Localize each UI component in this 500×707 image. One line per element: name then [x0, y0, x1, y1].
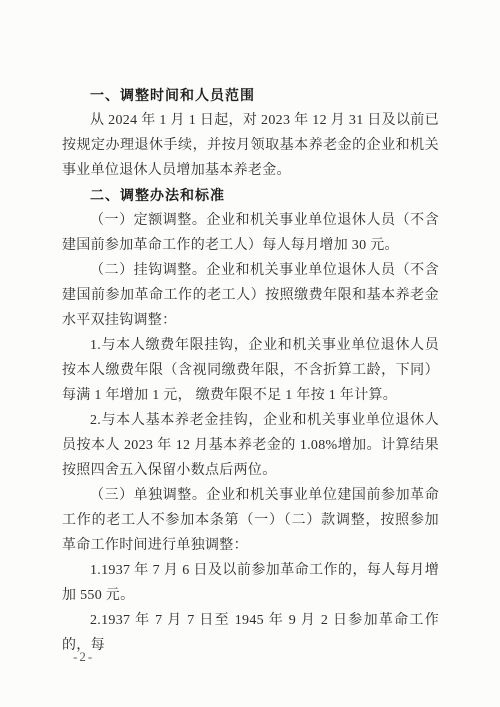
section-heading: 二、调整办法和标准 [62, 183, 439, 208]
paragraph: 1.1937 年 7 月 6 日及以前参加革命工作的，每人每月增加 550 元。 [62, 558, 439, 608]
section-heading: 一、调整时间和人员范围 [62, 83, 439, 108]
paragraph: 1.与本人缴费年限挂钩，企业和机关事业单位退休人员按本人缴费年限（含视同缴费年限… [62, 333, 439, 408]
document-body: 一、调整时间和人员范围从 2024 年 1 月 1 日起，对 2023 年 12… [62, 83, 439, 658]
page-number: -2- [73, 649, 94, 665]
document-page: 一、调整时间和人员范围从 2024 年 1 月 1 日起，对 2023 年 12… [0, 0, 500, 707]
paragraph: 2.与本人基本养老金挂钩，企业和机关事业单位退休人员按本人 2023 年 12 … [62, 408, 439, 483]
paragraph: （二）挂钩调整。企业和机关事业单位退休人员（不含建国前参加革命工作的老工人）按照… [62, 258, 439, 333]
paragraph: 2.1937 年 7 月 7 日至 1945 年 9 月 2 日参加革命工作的，… [62, 608, 439, 658]
paragraph: （三）单独调整。企业和机关事业单位建国前参加革命工作的老工人不参加本条第（一）（… [62, 483, 439, 558]
paragraph: （一）定额调整。企业和机关事业单位退休人员（不含建国前参加革命工作的老工人）每人… [62, 208, 439, 258]
paragraph: 从 2024 年 1 月 1 日起，对 2023 年 12 月 31 日及以前已… [62, 108, 439, 183]
